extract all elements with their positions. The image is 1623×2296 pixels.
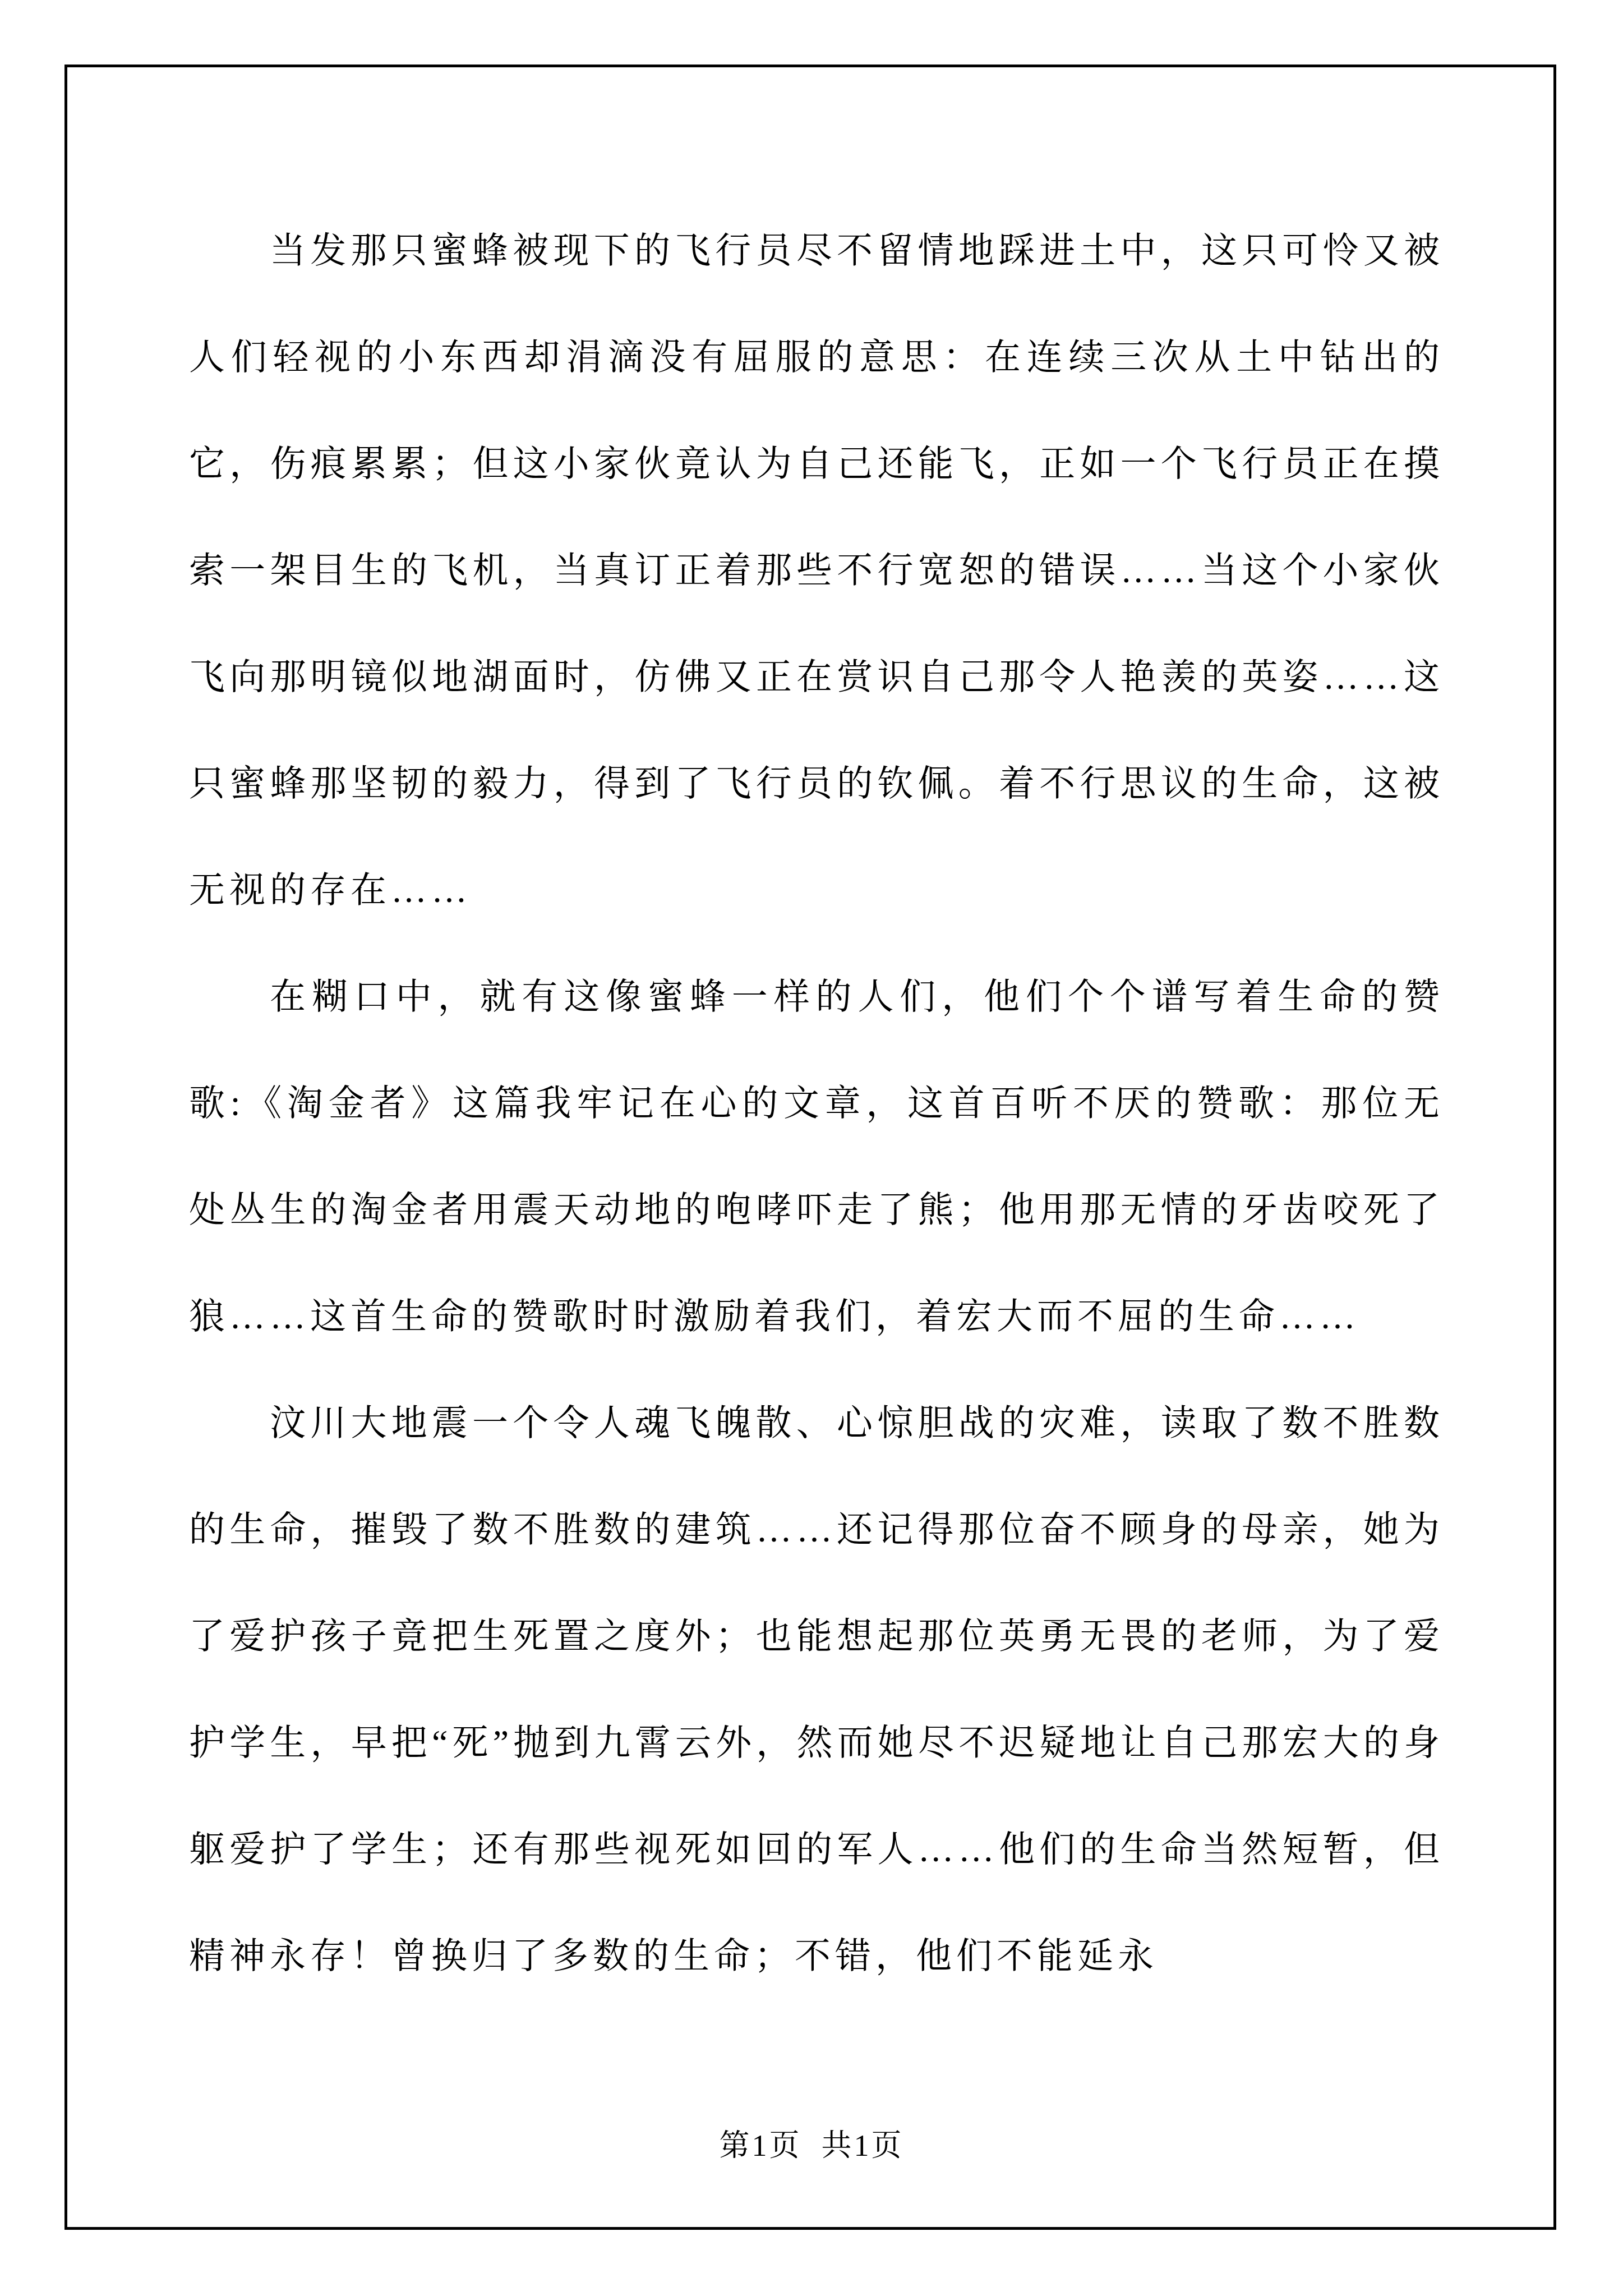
document-paragraph: 汶川大地震一个令人魂飞魄散、心惊胆战的灾难，读取了数不胜数的生命，摧毁了数不胜数… bbox=[189, 1370, 1444, 2009]
page-footer: 第1页 共1页 bbox=[0, 2122, 1623, 2165]
document-page: 当发那只蜜蜂被现下的飞行员尽不留情地踩进土中，这只可怜又被人们轻视的小东西却涓滴… bbox=[0, 0, 1623, 2296]
document-body: 当发那只蜜蜂被现下的飞行员尽不留情地踩进土中，这只可怜又被人们轻视的小东西却涓滴… bbox=[189, 197, 1444, 2009]
document-paragraph: 当发那只蜜蜂被现下的飞行员尽不留情地踩进土中，这只可怜又被人们轻视的小东西却涓滴… bbox=[189, 197, 1444, 944]
document-paragraph: 在糊口中，就有这像蜜蜂一样的人们，他们个个谱写着生命的赞歌:《淘金者》这篇我牢记… bbox=[189, 944, 1444, 1370]
